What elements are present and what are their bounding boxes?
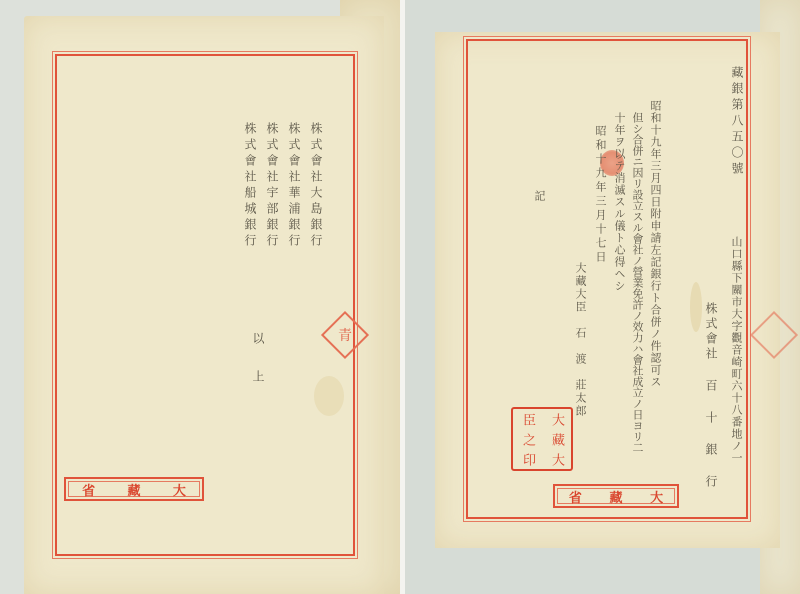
bank-name-column-2: 株式會社華浦銀行: [288, 122, 300, 250]
footer-char: 藏: [127, 480, 140, 499]
ministry-footer: 省 藏 大: [64, 477, 204, 501]
ministry-footer: 省 藏 大: [553, 484, 679, 508]
right-document-photo: 藏銀第八五〇號 山口縣下關市大字觀音崎町六十八番地ノ一 株式會社 百 十 銀 行…: [405, 0, 800, 594]
body-line-1: 昭和十九年三月四日附申請左記銀行ト合併ノ件認可ス: [650, 100, 661, 388]
bank-name-column-3: 株式會社宇部銀行: [266, 122, 278, 250]
addressee-name: 株式會社 百 十 銀 行: [705, 302, 717, 490]
seal-char: 大: [547, 449, 566, 469]
seal-char: 之: [518, 429, 537, 449]
seal-char: 印: [518, 449, 537, 469]
body-line-3: 十年ヲ以テ消滅スル儀ト心得ヘシ: [614, 112, 625, 292]
minister-official-seal: 大 藏 大 臣 之 印: [511, 407, 573, 471]
reference-number: 藏銀第八五〇號: [731, 66, 743, 178]
body-line-2: 但シ合併ニ因リ設立スル會社ノ營業免許ノ效力ハ會社成立ノ日ヨリ二: [632, 112, 643, 453]
footer-char: 省: [82, 480, 95, 499]
footer-char: 省: [569, 487, 582, 506]
footer-char: 大: [173, 480, 186, 499]
addressee-address: 山口縣下關市大字觀音崎町六十八番地ノ一: [731, 236, 742, 464]
note-label: 記: [534, 190, 545, 205]
bank-name-column-1: 株式會社大島銀行: [310, 122, 322, 250]
footer-char: 大: [650, 487, 663, 506]
footer-char: 藏: [609, 487, 622, 506]
seal-char: 藏: [547, 429, 566, 449]
bank-name-column-4: 株式會社船城銀行: [244, 122, 256, 250]
seal-char: 臣: [518, 409, 537, 429]
seal-char: 大: [547, 409, 566, 429]
closing-text: 以上: [252, 332, 264, 408]
minister-signature: 大藏大臣 石 渡 莊太郎: [575, 262, 586, 418]
left-document-photo: 株式會社大島銀行 株式會社華浦銀行 株式會社宇部銀行 株式會社船城銀行 以上 青…: [0, 0, 400, 594]
issue-date: 昭和十九年三月十七日: [595, 125, 606, 265]
